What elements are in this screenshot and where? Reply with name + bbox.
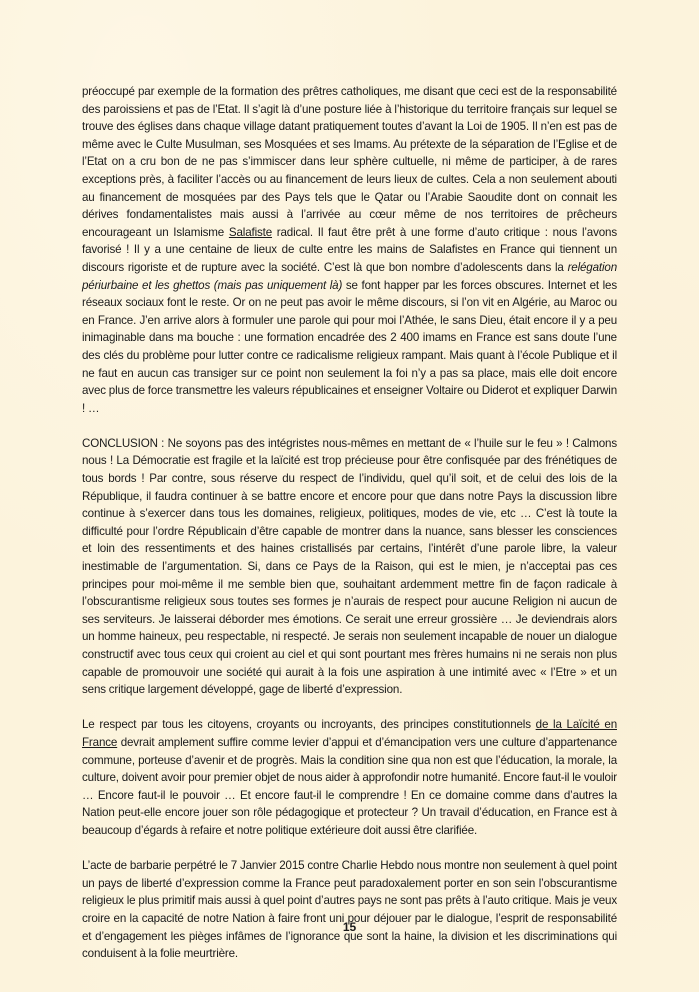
paragraph-text: Le respect par tous les citoyens, croyan… — [82, 718, 536, 731]
paragraph-text: L’acte de barbarie perpétré le 7 Janvier… — [82, 859, 617, 960]
page-number: 15 — [0, 920, 699, 934]
document-page: préoccupé par exemple de la formation de… — [82, 83, 617, 963]
underlined-term-salafiste: Salafiste — [229, 226, 272, 239]
paragraph-islam-salafism: préoccupé par exemple de la formation de… — [82, 83, 617, 417]
paragraph-conclusion: CONCLUSION : Ne soyons pas des intégrist… — [82, 435, 617, 699]
paragraph-charlie-hebdo: L’acte de barbarie perpétré le 7 Janvier… — [82, 857, 617, 963]
paragraph-text: se font happer par les forces obscures. … — [82, 279, 617, 415]
paragraph-laicite: Le respect par tous les citoyens, croyan… — [82, 716, 617, 839]
paragraph-text: CONCLUSION : Ne soyons pas des intégrist… — [82, 437, 617, 696]
paragraph-text: préoccupé par exemple de la formation de… — [82, 85, 617, 239]
paragraph-text: devrait amplement suffire comme levier d… — [82, 736, 617, 837]
